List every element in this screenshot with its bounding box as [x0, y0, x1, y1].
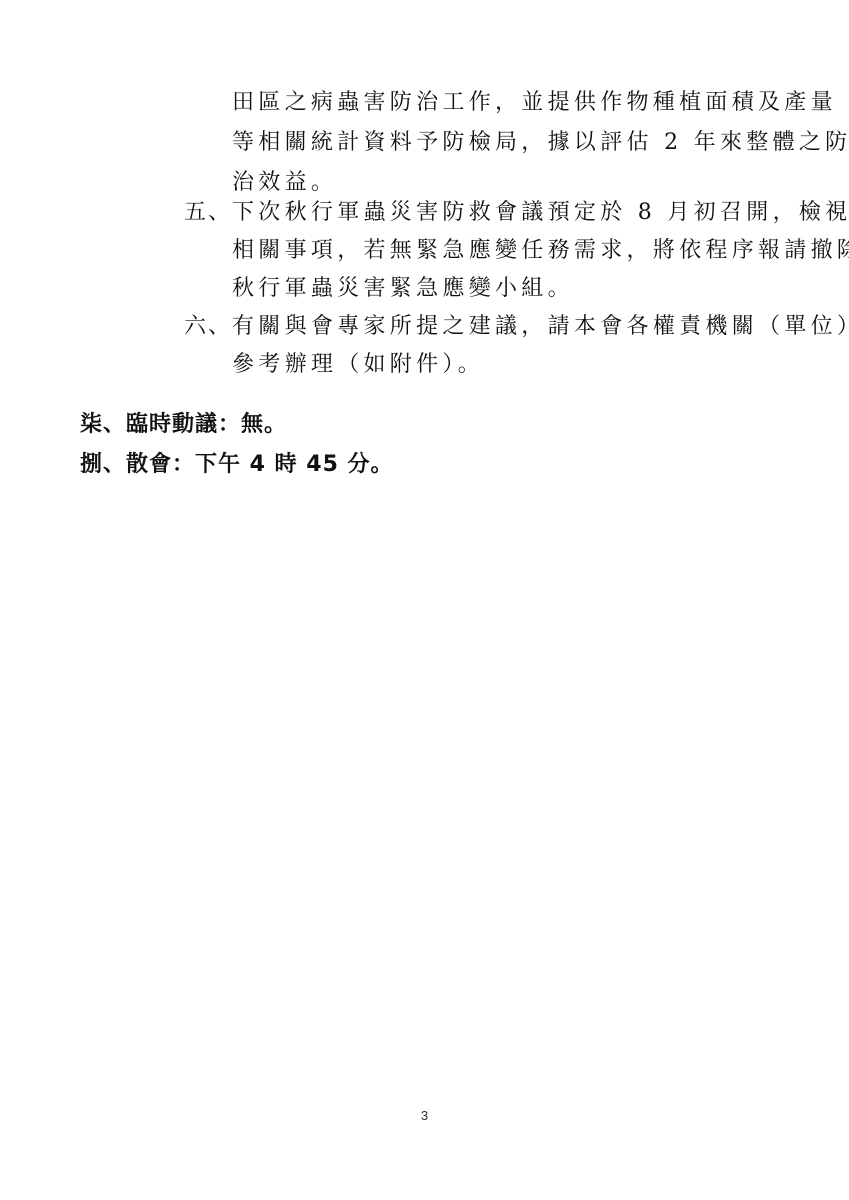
text-line: 有關與會專家所提之建議，請本會各權責機關（單位）	[232, 312, 849, 342]
text-line: 田區之病蟲害防治工作，並提供作物種植面積及產量	[232, 88, 837, 118]
item-number: 六、	[184, 312, 232, 342]
text-line: 參考辦理（如附件）。	[232, 350, 484, 380]
text-line: 等相關統計資料予防檢局，據以評估 2 年來整體之防	[232, 128, 849, 158]
page-number: 3	[0, 1108, 849, 1123]
section-heading-adjournment: 捌、散會：下午 4 時 45 分。	[80, 450, 394, 480]
text-line: 秋行軍蟲災害緊急應變小組。	[232, 274, 574, 304]
text-line: 相關事項，若無緊急應變任務需求，將依程序報請撤除	[232, 236, 849, 266]
document-page: 田區之病蟲害防治工作，並提供作物種植面積及產量 等相關統計資料予防檢局，據以評估…	[0, 0, 849, 1200]
item-number: 五、	[184, 198, 232, 228]
text-line: 治效益。	[232, 168, 337, 198]
text-line: 下次秋行軍蟲災害防救會議預定於 8 月初召開，檢視	[232, 198, 849, 228]
section-heading-extempore-motions: 柒、臨時動議：無。	[80, 410, 287, 440]
